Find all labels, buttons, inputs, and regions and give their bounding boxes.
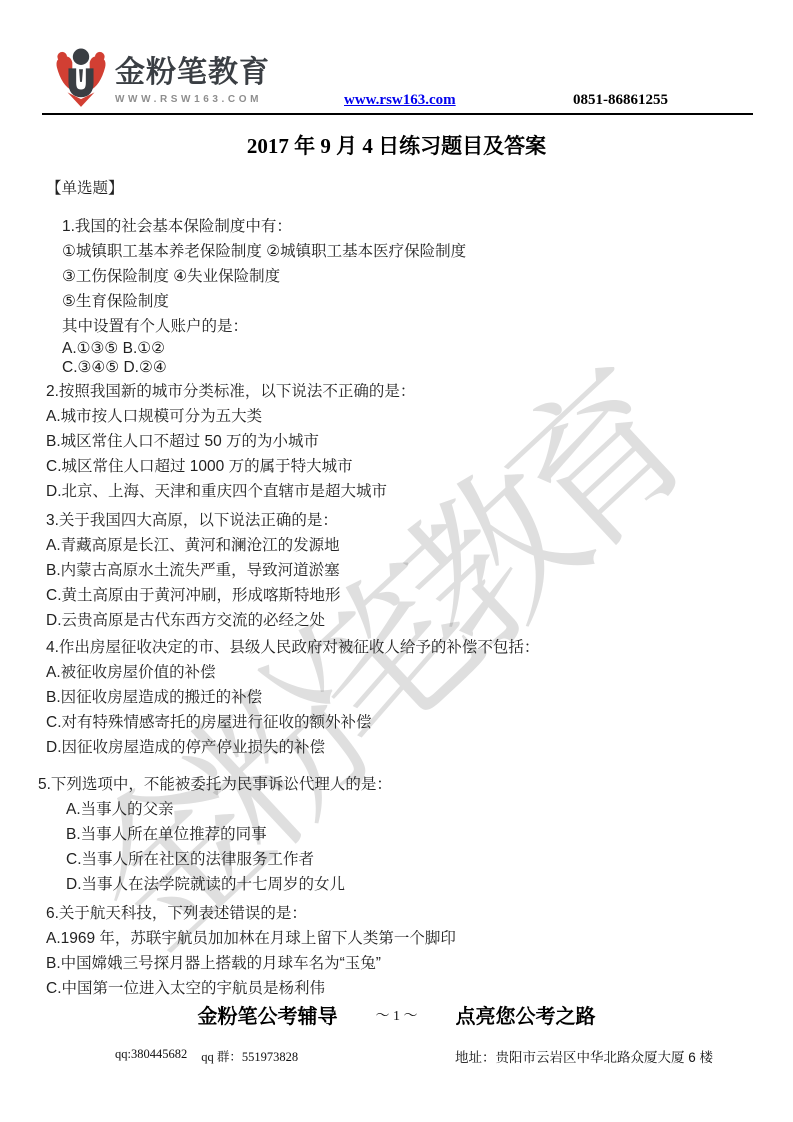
question-stem: 6.关于航天科技，下列表述错误的是： bbox=[46, 901, 746, 926]
phone-number: 0851-86861255 bbox=[573, 92, 668, 109]
question-option: C.城区常住人口超过 1000 万的属于特大城市 bbox=[46, 454, 746, 479]
question-line: ①城镇职工基本养老保险制度 ②城镇职工基本医疗保险制度 bbox=[62, 239, 746, 264]
question-option: B.中国嫦娥三号探月器上搭载的月球车名为“玉兔” bbox=[46, 951, 746, 976]
question-option: D.因征收房屋造成的停产停业损失的补偿 bbox=[46, 735, 746, 760]
section-label: 【单选题】 bbox=[46, 176, 746, 201]
question-option: B.因征收房屋造成的搬迁的补偿 bbox=[46, 685, 746, 710]
question-option: D.云贵高原是古代东西方交流的必经之处 bbox=[46, 608, 746, 633]
question-option: B.当事人所在单位推荐的同事 bbox=[46, 822, 746, 847]
qq-group-number: qq 群：551973828 bbox=[201, 1047, 298, 1065]
question-4: 4.作出房屋征收决定的市、县级人民政府对被征收人给予的补偿不包括： A.被征收房… bbox=[46, 635, 746, 760]
footer-address: 地址：贵阳市云岩区中华北路众厦大厦 6 楼 bbox=[455, 1046, 713, 1066]
question-option: A.1969 年，苏联宇航员加加林在月球上留下人类第一个脚印 bbox=[46, 926, 746, 951]
site-link[interactable]: www.rsw163.com bbox=[344, 92, 456, 109]
brand-site-url: WWW.RSW163.COM bbox=[115, 94, 270, 105]
question-line: ⑤生育保险制度 bbox=[62, 289, 746, 314]
document-page: 金粉笔教育 金粉笔教育 WWW.RSW163.COM www.rsw163.co… bbox=[0, 0, 793, 1122]
footer-slogan: 点亮您公考之路 bbox=[456, 1000, 596, 1029]
question-option: B.内蒙古高原水土流失严重，导致河道淤塞 bbox=[46, 558, 746, 583]
footer-qq: qq:380445682 qq 群：551973828 bbox=[115, 1047, 298, 1065]
question-option: B.城区常住人口不超过 50 万的为小城市 bbox=[46, 429, 746, 454]
question-stem: 3.关于我国四大高原，以下说法正确的是： bbox=[46, 508, 746, 533]
question-1: 1.我国的社会基本保险制度中有： ①城镇职工基本养老保险制度 ②城镇职工基本医疗… bbox=[46, 214, 746, 377]
question-option: C.黄土高原由于黄河冲刷，形成喀斯特地形 bbox=[46, 583, 746, 608]
question-stem: 4.作出房屋征收决定的市、县级人民政府对被征收人给予的补偿不包括： bbox=[46, 635, 746, 660]
question-6: 6.关于航天科技，下列表述错误的是： A.1969 年，苏联宇航员加加林在月球上… bbox=[46, 901, 746, 1001]
footer-banner: 金粉笔公考辅导 ～ 1 ～ 点亮您公考之路 bbox=[0, 1000, 793, 1029]
question-line: 其中设置有个人账户的是： bbox=[62, 314, 746, 339]
question-list: 【单选题】 1.我国的社会基本保险制度中有： ①城镇职工基本养老保险制度 ②城镇… bbox=[46, 176, 746, 1001]
brand-logo-icon bbox=[54, 45, 108, 109]
question-2: 2.按照我国新的城市分类标准，以下说法不正确的是： A.城市按人口规模可分为五大… bbox=[46, 379, 746, 504]
brand-name: 金粉笔教育 bbox=[115, 58, 270, 88]
question-option: A.①③⑤ B.①② bbox=[62, 339, 746, 358]
question-option: C.对有特殊情感寄托的房屋进行征收的额外补偿 bbox=[46, 710, 746, 735]
question-option: C.中国第一位进入太空的宇航员是杨利伟 bbox=[46, 976, 746, 1001]
question-option: D.当事人在法学院就读的十七周岁的女儿 bbox=[46, 872, 746, 897]
question-stem: 5.下列选项中，不能被委托为民事诉讼代理人的是： bbox=[38, 772, 746, 797]
footer-contact: qq:380445682 qq 群：551973828 地址：贵阳市云岩区中华北… bbox=[115, 1046, 713, 1066]
footer-brand: 金粉笔公考辅导 bbox=[198, 1000, 338, 1029]
question-option: A.青藏高原是长江、黄河和澜沧江的发源地 bbox=[46, 533, 746, 558]
question-line: ③工伤保险制度 ④失业保险制度 bbox=[62, 264, 746, 289]
page-header: 金粉笔教育 WWW.RSW163.COM www.rsw163.com 0851… bbox=[0, 0, 793, 116]
question-option: C.当事人所在社区的法律服务工作者 bbox=[46, 847, 746, 872]
question-3: 3.关于我国四大高原，以下说法正确的是： A.青藏高原是长江、黄河和澜沧江的发源… bbox=[46, 508, 746, 633]
question-5: 5.下列选项中，不能被委托为民事诉讼代理人的是： A.当事人的父亲 B.当事人所… bbox=[46, 772, 746, 897]
question-stem: 2.按照我国新的城市分类标准，以下说法不正确的是： bbox=[46, 379, 746, 404]
question-option: A.被征收房屋价值的补偿 bbox=[46, 660, 746, 685]
question-option: A.城市按人口规模可分为五大类 bbox=[46, 404, 746, 429]
header-divider bbox=[42, 113, 753, 115]
qq-number: qq:380445682 bbox=[115, 1047, 187, 1065]
question-option: A.当事人的父亲 bbox=[46, 797, 746, 822]
question-option: D.北京、上海、天津和重庆四个直辖市是超大城市 bbox=[46, 479, 746, 504]
question-stem: 1.我国的社会基本保险制度中有： bbox=[62, 214, 746, 239]
brand-logo-text: 金粉笔教育 WWW.RSW163.COM bbox=[115, 45, 270, 105]
page-number: ～ 1 ～ bbox=[376, 1005, 418, 1025]
question-option: C.③④⑤ D.②④ bbox=[62, 358, 746, 377]
brand-logo: 金粉笔教育 WWW.RSW163.COM bbox=[54, 45, 270, 109]
page-title: 2017 年 9 月 4 日练习题目及答案 bbox=[0, 130, 793, 160]
